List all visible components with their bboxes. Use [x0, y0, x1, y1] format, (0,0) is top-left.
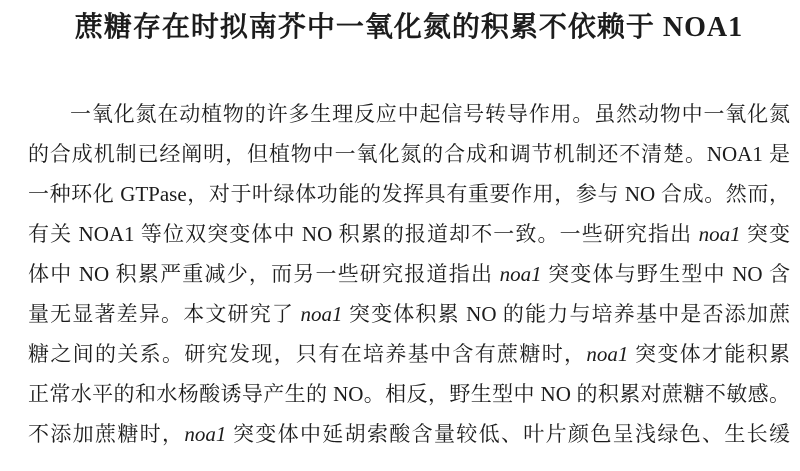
text-line: 不添加蔗糖时，noa1 突变体中延胡索酸含量较低、叶片颜色呈浅绿色、生长缓	[28, 414, 790, 454]
text-run: 糖之间的关系。研究发现，只有在培养基中含有蔗糖时，	[28, 342, 586, 366]
document-page: 蔗糖存在时拟南芥中一氧化氮的积累不依赖于 NOA1 一氧化氮在动植物的许多生理反…	[0, 0, 800, 454]
text-line: 的合成机制已经阐明，但植物中一氧化氮的合成和调节机制还不清楚。NOA1 是	[28, 134, 790, 174]
text-run: 一种环化 GTPase，对于叶绿体功能的发挥具有重要作用，参与 NO 合成。然而…	[28, 182, 790, 206]
paper-title: 蔗糖存在时拟南芥中一氧化氮的积累不依赖于 NOA1	[28, 10, 790, 46]
gene-name-italic: noa1	[699, 222, 741, 246]
text-run: 一氧化氮在动植物的许多生理反应中起信号转导作用。虽然动物中一氧化氮	[70, 102, 790, 126]
text-line: 量无显著差异。本文研究了 noa1 突变体积累 NO 的能力与培养基中是否添加蔗	[28, 294, 790, 334]
text-run: 不添加蔗糖时，	[28, 422, 184, 446]
text-run: 突变体积累 NO 的能力与培养基中是否添加蔗	[342, 302, 790, 326]
text-run: 正常水平的和水杨酸诱导产生的 NO。相反，野生型中 NO 的积累对蔗糖不敏感。	[28, 382, 790, 406]
text-line: 体中 NO 积累严重减少，而另一些研究报道指出 noa1 突变体与野生型中 NO…	[28, 254, 790, 294]
text-run: 突变	[741, 222, 790, 246]
gene-name-italic: noa1	[500, 262, 542, 286]
text-run: 的合成机制已经阐明，但植物中一氧化氮的合成和调节机制还不清楚。NOA1 是	[28, 142, 790, 166]
text-run: 突变体才能积累	[628, 342, 790, 366]
text-line: 一氧化氮在动植物的许多生理反应中起信号转导作用。虽然动物中一氧化氮	[28, 94, 790, 134]
text-line: 正常水平的和水杨酸诱导产生的 NO。相反，野生型中 NO 的积累对蔗糖不敏感。	[28, 374, 790, 414]
abstract-paragraph: 一氧化氮在动植物的许多生理反应中起信号转导作用。虽然动物中一氧化氮的合成机制已经…	[28, 94, 790, 454]
text-line: 一种环化 GTPase，对于叶绿体功能的发挥具有重要作用，参与 NO 合成。然而…	[28, 174, 790, 214]
text-run: 突变体与野生型中 NO 含	[542, 262, 790, 286]
gene-name-italic: noa1	[300, 302, 342, 326]
text-run: 突变体中延胡索酸含量较低、叶片颜色呈浅绿色、生长缓	[226, 422, 790, 446]
gene-name-italic: noa1	[586, 342, 628, 366]
text-run: 体中 NO 积累严重减少，而另一些研究报道指出	[28, 262, 500, 286]
text-line: 有关 NOA1 等位双突变体中 NO 积累的报道却不一致。一些研究指出 noa1…	[28, 214, 790, 254]
text-run: 有关 NOA1 等位双突变体中 NO 积累的报道却不一致。一些研究指出	[28, 222, 699, 246]
text-line: 糖之间的关系。研究发现，只有在培养基中含有蔗糖时，noa1 突变体才能积累	[28, 334, 790, 374]
gene-name-italic: noa1	[184, 422, 226, 446]
text-run: 量无显著差异。本文研究了	[28, 302, 300, 326]
